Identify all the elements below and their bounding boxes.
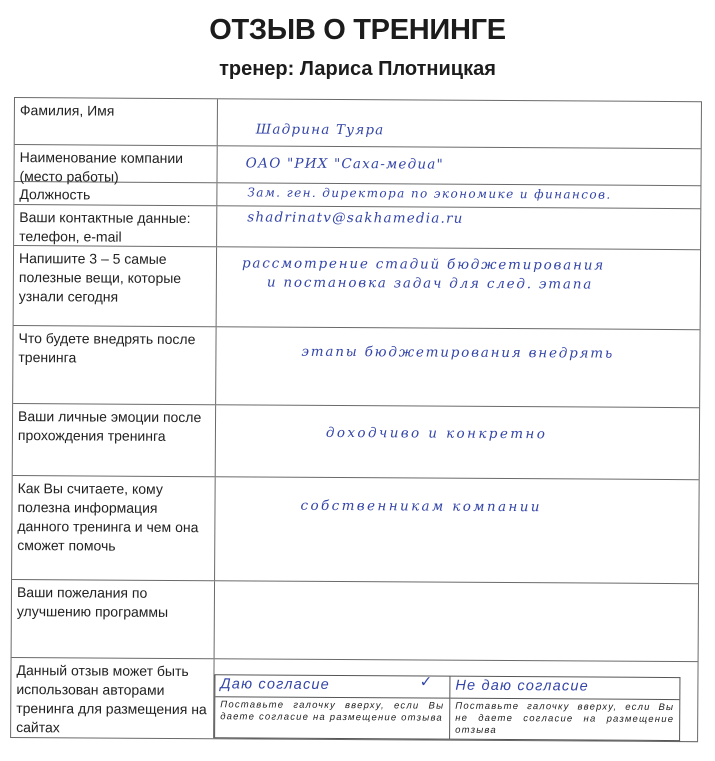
label-contacts: Ваши контактные данные: телефон, e-mail <box>14 205 217 246</box>
trainer-subtitle: тренер: Лариса Плотницкая <box>0 58 715 81</box>
row-contacts: Ваши контактные данные: телефон, e-mail … <box>14 204 700 249</box>
label-emotions: Ваши личные эмоции после прохождения тре… <box>13 404 216 476</box>
answer-useful-things-line-1: рассмотрение стадий бюджетирования <box>242 255 605 273</box>
label-useful-things: Напишите 3 – 5 самые полезные вещи, кото… <box>14 246 217 326</box>
consent-disagree-title[interactable]: Не даю согласие <box>450 677 679 700</box>
answer-useful-things-line-2: и постановка задач для след. этапа <box>267 275 593 293</box>
row-useful-things: Напишите 3 – 5 самые полезные вещи, кото… <box>14 245 700 329</box>
answer-full-name: Шадрина Туяра <box>256 121 385 138</box>
label-full-name: Фамилия, Имя <box>15 98 218 145</box>
field-emotions[interactable]: доходчиво и конкретно <box>216 405 699 479</box>
row-publication-consent: Данный отзыв может быть использован авто… <box>11 657 697 741</box>
label-company: Наименование компании (место работы) <box>14 145 217 182</box>
field-contacts[interactable]: shadrinatv@sakhamedia.ru <box>217 206 700 249</box>
consent-agree-label: Даю согласие <box>220 676 330 693</box>
consent-disagree-hint: Поставьте галочку вверху, если Вы не дае… <box>450 699 679 740</box>
row-position: Должность Зам. ген. директора по экономи… <box>14 181 700 208</box>
row-full-name: Фамилия, Имя Шадрина Туяра <box>15 98 701 148</box>
consent-disagree-box[interactable]: Не даю согласие Поставьте галочку вверху… <box>450 676 680 741</box>
field-suggestions[interactable] <box>215 581 698 661</box>
answer-who-benefits: собственникам компании <box>300 498 542 515</box>
row-who-benefits: Как Вы считаете, кому полезна информация… <box>12 475 699 583</box>
checkmark-icon: ✓ <box>420 672 434 690</box>
field-position[interactable]: Зам. ген. директора по экономике и финан… <box>217 183 700 208</box>
row-implement: Что будете внедрять после тренинга этапы… <box>13 325 699 407</box>
label-position: Должность <box>14 182 217 205</box>
consent-agree-box[interactable]: Даю согласие ✓ Поставьте галочку вверху,… <box>214 674 450 739</box>
document-title: ОТЗЫВ О ТРЕНИНГЕ <box>0 14 715 47</box>
answer-company: ОАО "РИХ "Саха-медиа" <box>246 155 444 172</box>
row-suggestions: Ваши пожелания по улучшению программы <box>12 579 698 661</box>
consent-disagree-label: Не даю согласие <box>455 678 589 695</box>
answer-emotions: доходчиво и конкретно <box>326 425 547 442</box>
label-publication-consent: Данный отзыв может быть использован авто… <box>11 658 214 738</box>
field-publication-consent: Даю согласие ✓ Поставьте галочку вверху,… <box>214 659 697 741</box>
field-implement[interactable]: этапы бюджетирования внедрять <box>216 327 699 407</box>
answer-implement: этапы бюджетирования внедрять <box>301 344 614 362</box>
field-company[interactable]: ОАО "РИХ "Саха-медиа" <box>217 146 700 185</box>
field-useful-things[interactable]: рассмотрение стадий бюджетирования и пос… <box>217 247 700 329</box>
field-who-benefits[interactable]: собственникам компании <box>215 477 699 583</box>
field-full-name[interactable]: Шадрина Туяра <box>218 99 701 148</box>
consent-agree-title[interactable]: Даю согласие ✓ <box>215 675 449 698</box>
answer-position: Зам. ген. директора по экономике и финан… <box>247 185 611 201</box>
row-emotions: Ваши личные эмоции после прохождения тре… <box>13 403 699 479</box>
row-company: Наименование компании (место работы) ОАО… <box>14 144 700 185</box>
consent-options: Даю согласие ✓ Поставьте галочку вверху,… <box>214 674 680 741</box>
label-implement: Что будете внедрять после тренинга <box>13 326 216 404</box>
answer-contacts: shadrinatv@sakhamedia.ru <box>247 209 463 226</box>
feedback-form-table: Фамилия, Имя Шадрина Туяра Наименование … <box>10 97 702 742</box>
label-who-benefits: Как Вы считаете, кому полезна информация… <box>12 476 216 580</box>
label-suggestions: Ваши пожелания по улучшению программы <box>12 580 215 658</box>
consent-agree-hint: Поставьте галочку вверху, если Вы даете … <box>215 697 449 726</box>
